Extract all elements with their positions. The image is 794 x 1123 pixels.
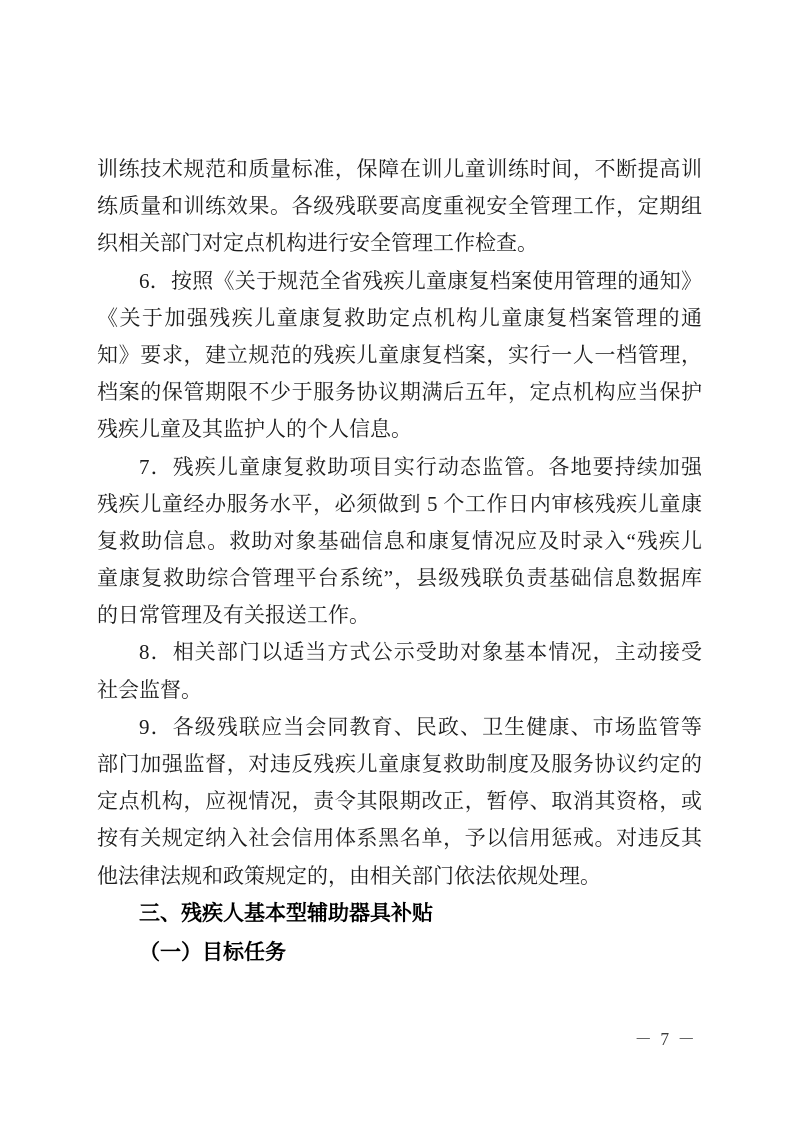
page-number: － 7 － bbox=[0, 1026, 697, 1051]
text-line: （一）目标任务 bbox=[97, 933, 702, 971]
document-page: 训练技术规范和质量标准，保障在训儿童训练时间，不断提高训练质量和训练效果。各级残… bbox=[0, 0, 794, 1123]
text-line: 他法律法规和政策规定的，由相关部门依法依规处理。 bbox=[97, 858, 702, 895]
document-content: 训练技术规范和质量标准，保障在训儿童训练时间，不断提高训练质量和训练效果。各级残… bbox=[97, 151, 702, 971]
text-line: 档案的保管期限不少于服务协议期满后五年，定点机构应当保护 bbox=[97, 374, 702, 411]
text-line: 7．残疾儿童康复救助项目实行动态监管。各地要持续加强 bbox=[97, 449, 702, 486]
text-line: 9．各级残联应当会同教育、民政、卫生健康、市场监管等 bbox=[97, 709, 702, 746]
text-line: 6．按照《关于规范全省残疾儿童康复档案使用管理的通知》 bbox=[97, 263, 702, 300]
text-line: 定点机构，应视情况，责令其限期改正，暂停、取消其资格，或 bbox=[97, 783, 702, 820]
text-line: 三、残疾人基本型辅助器具补贴 bbox=[97, 895, 702, 933]
paragraph-body-4: 9．各级残联应当会同教育、民政、卫生健康、市场监管等部门加强监督，对违反残疾儿童… bbox=[97, 709, 702, 895]
paragraph-body-0: 训练技术规范和质量标准，保障在训儿童训练时间，不断提高训练质量和训练效果。各级残… bbox=[97, 151, 702, 263]
text-line: 社会监督。 bbox=[97, 672, 702, 709]
text-line: 训练技术规范和质量标准，保障在训儿童训练时间，不断提高训 bbox=[97, 151, 702, 188]
text-line: 童康复救助综合管理平台系统”，县级残联负责基础信息数据库 bbox=[97, 560, 702, 597]
text-line: 8．相关部门以适当方式公示受助对象基本情况，主动接受 bbox=[97, 634, 702, 671]
text-line: 部门加强监督，对违反残疾儿童康复救助制度及服务协议约定的 bbox=[97, 746, 702, 783]
paragraph-body-1: 6．按照《关于规范全省残疾儿童康复档案使用管理的通知》《关于加强残疾儿童康复救助… bbox=[97, 263, 702, 449]
paragraph-body-2: 7．残疾儿童康复救助项目实行动态监管。各地要持续加强残疾儿童经办服务水平，必须做… bbox=[97, 449, 702, 635]
paragraph-subheading-6: （一）目标任务 bbox=[97, 933, 702, 971]
text-line: 知》要求，建立规范的残疾儿童康复档案，实行一人一档管理， bbox=[97, 337, 702, 374]
text-line: 残疾儿童及其监护人的个人信息。 bbox=[97, 411, 702, 448]
paragraph-heading-5: 三、残疾人基本型辅助器具补贴 bbox=[97, 895, 702, 933]
text-line: 复救助信息。救助对象基础信息和康复情况应及时录入“残疾儿 bbox=[97, 523, 702, 560]
text-line: 的日常管理及有关报送工作。 bbox=[97, 597, 702, 634]
text-line: 按有关规定纳入社会信用体系黑名单，予以信用惩戒。对违反其 bbox=[97, 820, 702, 857]
text-line: 练质量和训练效果。各级残联要高度重视安全管理工作，定期组 bbox=[97, 188, 702, 225]
text-line: 残疾儿童经办服务水平，必须做到 5 个工作日内审核残疾儿童康 bbox=[97, 486, 702, 523]
text-line: 织相关部门对定点机构进行安全管理工作检查。 bbox=[97, 225, 702, 262]
text-line: 《关于加强残疾儿童康复救助定点机构儿童康复档案管理的通 bbox=[97, 300, 702, 337]
paragraph-body-3: 8．相关部门以适当方式公示受助对象基本情况，主动接受社会监督。 bbox=[97, 634, 702, 708]
